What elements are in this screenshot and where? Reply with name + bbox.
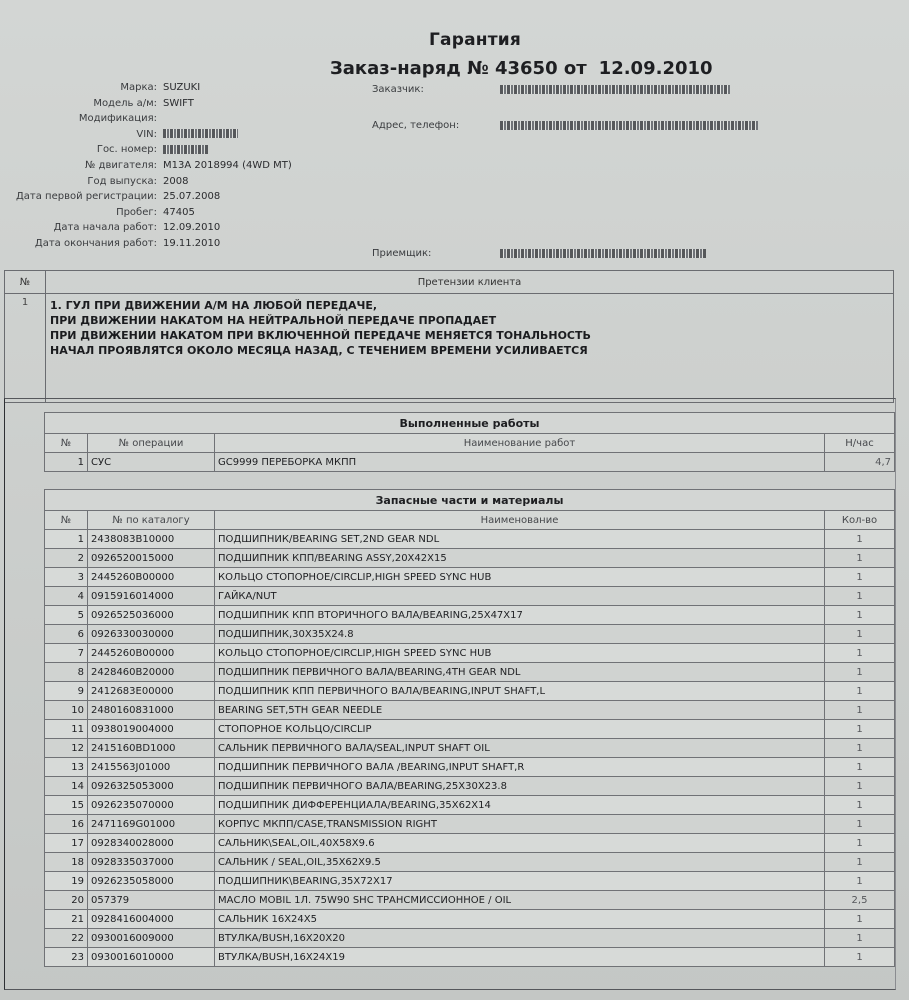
part-name: ВТУЛКА/BUSH,16X24X19 [215, 948, 825, 967]
part-qty: 1 [825, 568, 895, 587]
part-qty: 1 [825, 929, 895, 948]
part-qty: 1 [825, 644, 895, 663]
parts-row: 72445260B00000КОЛЬЦО СТОПОРНОЕ/CIRCLIP,H… [45, 644, 895, 663]
part-no: 14 [45, 777, 88, 796]
parts-row: 122415160BD1000САЛЬНИК ПЕРВИЧНОГО ВАЛА/S… [45, 739, 895, 758]
works-col-no: № [45, 434, 88, 453]
address-row: Адрес, телефон: [372, 120, 758, 131]
part-name: ПОДШИПНИК\BEARING,35X72X17 [215, 872, 825, 891]
vehicle-label: Год выпуска: [0, 174, 157, 190]
part-catalog-number: 2480160831000 [88, 701, 215, 720]
vehicle-label: Гос. номер: [0, 142, 157, 158]
part-name: ПОДШИПНИК/BEARING SET,2ND GEAR NDL [215, 530, 825, 549]
part-catalog-number: 0926235070000 [88, 796, 215, 815]
parts-row: 170928340028000САЛЬНИК\SEAL,OIL,40X58X9.… [45, 834, 895, 853]
part-name: САЛЬНИК 16X24X5 [215, 910, 825, 929]
order-date: 12.09.2010 [599, 58, 713, 79]
part-catalog-number: 2438083B10000 [88, 530, 215, 549]
parts-row: 132415563J01000ПОДШИПНИК ПЕРВИЧНОГО ВАЛА… [45, 758, 895, 777]
part-name: ПОДШИПНИК КПП ПЕРВИЧНОГО ВАЛА/BEARING,IN… [215, 682, 825, 701]
part-qty: 1 [825, 853, 895, 872]
claim-line: НАЧАЛ ПРОЯВЛЯТСЯ ОКОЛО МЕСЯЦА НАЗАД, С Т… [50, 343, 889, 358]
vehicle-label: Модель а/м: [0, 96, 157, 112]
part-qty: 1 [825, 606, 895, 625]
parts-table: Запасные части и материалы № № по катало… [44, 489, 895, 967]
part-name: ПОДШИПНИК КПП/BEARING ASSY,20X42X15 [215, 549, 825, 568]
work-op: СУС [88, 453, 215, 472]
parts-col-catalog: № по каталогу [88, 511, 215, 530]
part-catalog-number: 0926330030000 [88, 625, 215, 644]
part-qty: 1 [825, 701, 895, 720]
order-heading: Заказ-наряд № 43650 от12.09.2010 [330, 58, 713, 79]
part-qty: 1 [825, 530, 895, 549]
part-name: ПОДШИПНИК КПП ВТОРИЧНОГО ВАЛА/BEARING,25… [215, 606, 825, 625]
parts-row: 12438083B10000ПОДШИПНИК/BEARING SET,2ND … [45, 530, 895, 549]
claim-line: ПРИ ДВИЖЕНИИ НАКАТОМ ПРИ ВКЛЮЧЕННОЙ ПЕРЕ… [50, 328, 889, 343]
vehicle-value: 47405 [157, 205, 195, 221]
part-qty: 1 [825, 625, 895, 644]
part-qty: 1 [825, 796, 895, 815]
part-catalog-number: 0926520015000 [88, 549, 215, 568]
parts-row: 190926235058000ПОДШИПНИК\BEARING,35X72X1… [45, 872, 895, 891]
part-catalog-number: 2412683E00000 [88, 682, 215, 701]
part-no: 7 [45, 644, 88, 663]
part-qty: 1 [825, 834, 895, 853]
part-catalog-number: 0928340028000 [88, 834, 215, 853]
address-value-redacted [500, 121, 758, 130]
part-qty: 1 [825, 720, 895, 739]
vehicle-row: Марка:SUZUKI [0, 80, 360, 96]
part-catalog-number: 0930016009000 [88, 929, 215, 948]
parts-col-no: № [45, 511, 88, 530]
part-name: САЛЬНИК / SEAL,OIL,35X62X9.5 [215, 853, 825, 872]
parts-row: 180928335037000САЛЬНИК / SEAL,OIL,35X62X… [45, 853, 895, 872]
part-no: 8 [45, 663, 88, 682]
part-no: 16 [45, 815, 88, 834]
part-name: BEARING SET,5TH GEAR NEEDLE [215, 701, 825, 720]
works-section: Выполненные работы № № операции Наименов… [44, 412, 895, 472]
receiver-row: Приемщик: [372, 248, 706, 259]
part-no: 12 [45, 739, 88, 758]
vehicle-value: SUZUKI [157, 80, 200, 96]
part-no: 2 [45, 549, 88, 568]
part-qty: 2,5 [825, 891, 895, 910]
vehicle-row: Дата начала работ:12.09.2010 [0, 220, 360, 236]
part-name: ВТУЛКА/BUSH,16X20X20 [215, 929, 825, 948]
vehicle-value: 2008 [157, 174, 188, 190]
vehicle-row: Модель а/м:SWIFT [0, 96, 360, 112]
part-catalog-number: 2445260B00000 [88, 644, 215, 663]
claim-line: 1. ГУЛ ПРИ ДВИЖЕНИИ А/М НА ЛЮБОЙ ПЕРЕДАЧ… [50, 298, 889, 313]
parts-row: 40915916014000ГАЙКА/NUT1 [45, 587, 895, 606]
claims-table: № Претензии клиента 1 1. ГУЛ ПРИ ДВИЖЕНИ… [4, 270, 894, 403]
parts-row: 92412683E00000ПОДШИПНИК КПП ПЕРВИЧНОГО В… [45, 682, 895, 701]
document-title: Гарантия [0, 30, 909, 50]
part-catalog-number: 0928335037000 [88, 853, 215, 872]
part-catalog-number: 2415563J01000 [88, 758, 215, 777]
vehicle-info: Марка:SUZUKIМодель а/м:SWIFTМодификация:… [0, 80, 360, 252]
vehicle-label: VIN: [0, 127, 157, 143]
part-qty: 1 [825, 910, 895, 929]
part-qty: 1 [825, 663, 895, 682]
part-name: МАСЛО MOBIL 1Л. 75W90 SHC ТРАНСМИССИОННО… [215, 891, 825, 910]
customer-row: Заказчик: [372, 84, 730, 95]
part-qty: 1 [825, 549, 895, 568]
redacted-block [163, 145, 208, 154]
part-qty: 1 [825, 587, 895, 606]
parts-row: 162471169G01000КОРПУС МКПП/CASE,TRANSMIS… [45, 815, 895, 834]
works-row: 1 СУС GC9999 ПЕРЕБОРКА МКПП 4,7 [45, 453, 895, 472]
vehicle-value: 19.11.2010 [157, 236, 220, 252]
vehicle-value: SWIFT [157, 96, 194, 112]
works-col-hours: Н/час [825, 434, 895, 453]
part-catalog-number: 2471169G01000 [88, 815, 215, 834]
customer-label: Заказчик: [372, 84, 500, 95]
parts-row: 32445260B00000КОЛЬЦО СТОПОРНОЕ/CIRCLIP,H… [45, 568, 895, 587]
part-qty: 1 [825, 758, 895, 777]
vehicle-value [157, 111, 163, 127]
part-qty: 1 [825, 682, 895, 701]
parts-row: 150926235070000ПОДШИПНИК ДИФФЕРЕНЦИАЛА/B… [45, 796, 895, 815]
parts-row: 20057379МАСЛО MOBIL 1Л. 75W90 SHC ТРАНСМ… [45, 891, 895, 910]
part-name: КОЛЬЦО СТОПОРНОЕ/CIRCLIP,HIGH SPEED SYNC… [215, 644, 825, 663]
part-qty: 1 [825, 777, 895, 796]
work-hours: 4,7 [825, 453, 895, 472]
part-no: 13 [45, 758, 88, 777]
part-catalog-number: 0938019004000 [88, 720, 215, 739]
part-no: 21 [45, 910, 88, 929]
vehicle-label: Дата окончания работ: [0, 236, 157, 252]
vehicle-row: Пробег:47405 [0, 205, 360, 221]
part-no: 9 [45, 682, 88, 701]
part-no: 10 [45, 701, 88, 720]
parts-row: 110938019004000СТОПОРНОЕ КОЛЬЦО/CIRCLIP1 [45, 720, 895, 739]
part-name: ПОДШИПНИК,30X35X24.8 [215, 625, 825, 644]
claims-header: Претензии клиента [46, 271, 894, 294]
vehicle-row: Гос. номер: [0, 142, 360, 158]
vehicle-label: Пробег: [0, 205, 157, 221]
vehicle-label: Модификация: [0, 111, 157, 127]
part-no: 6 [45, 625, 88, 644]
parts-col-name: Наименование [215, 511, 825, 530]
part-name: САЛЬНИК\SEAL,OIL,40X58X9.6 [215, 834, 825, 853]
part-catalog-number: 2428460B20000 [88, 663, 215, 682]
vehicle-label: Дата первой регистрации: [0, 189, 157, 205]
part-catalog-number: 2415160BD1000 [88, 739, 215, 758]
part-name: ГАЙКА/NUT [215, 587, 825, 606]
part-no: 3 [45, 568, 88, 587]
work-name: GC9999 ПЕРЕБОРКА МКПП [215, 453, 825, 472]
part-catalog-number: 0915916014000 [88, 587, 215, 606]
part-qty: 1 [825, 948, 895, 967]
claim-line: ПРИ ДВИЖЕНИИ НАКАТОМ НА НЕЙТРАЛЬНОЙ ПЕРЕ… [50, 313, 889, 328]
part-name: ПОДШИПНИК ДИФФЕРЕНЦИАЛА/BEARING,35X62X14 [215, 796, 825, 815]
parts-row: 230930016010000ВТУЛКА/BUSH,16X24X191 [45, 948, 895, 967]
claim-number: 1 [5, 294, 46, 403]
work-no: 1 [45, 453, 88, 472]
part-name: КОЛЬЦО СТОПОРНОЕ/CIRCLIP,HIGH SPEED SYNC… [215, 568, 825, 587]
address-label: Адрес, телефон: [372, 120, 500, 131]
parts-row: 102480160831000BEARING SET,5TH GEAR NEED… [45, 701, 895, 720]
part-no: 19 [45, 872, 88, 891]
part-catalog-number: 057379 [88, 891, 215, 910]
part-name: ПОДШИПНИК ПЕРВИЧНОГО ВАЛА/BEARING,4TH GE… [215, 663, 825, 682]
claim-text: 1. ГУЛ ПРИ ДВИЖЕНИИ А/М НА ЛЮБОЙ ПЕРЕДАЧ… [46, 294, 894, 403]
vehicle-value: 25.07.2008 [157, 189, 220, 205]
parts-row: 50926525036000ПОДШИПНИК КПП ВТОРИЧНОГО В… [45, 606, 895, 625]
vehicle-row: Дата окончания работ:19.11.2010 [0, 236, 360, 252]
part-catalog-number: 0930016010000 [88, 948, 215, 967]
receiver-label: Приемщик: [372, 248, 500, 259]
parts-row: 220930016009000ВТУЛКА/BUSH,16X20X201 [45, 929, 895, 948]
works-table: Выполненные работы № № операции Наименов… [44, 412, 895, 472]
order-number: Заказ-наряд № 43650 от [330, 58, 587, 79]
parts-row: 82428460B20000ПОДШИПНИК ПЕРВИЧНОГО ВАЛА/… [45, 663, 895, 682]
works-title: Выполненные работы [45, 413, 895, 434]
part-no: 1 [45, 530, 88, 549]
vehicle-label: Дата начала работ: [0, 220, 157, 236]
part-no: 18 [45, 853, 88, 872]
part-no: 20 [45, 891, 88, 910]
part-catalog-number: 0926525036000 [88, 606, 215, 625]
vehicle-value: M13A 2018994 (4WD MT) [157, 158, 292, 174]
works-col-op: № операции [88, 434, 215, 453]
parts-row: 210928416004000САЛЬНИК 16X24X51 [45, 910, 895, 929]
parts-row: 60926330030000ПОДШИПНИК,30X35X24.81 [45, 625, 895, 644]
part-no: 11 [45, 720, 88, 739]
part-qty: 1 [825, 739, 895, 758]
vehicle-row: № двигателя:M13A 2018994 (4WD MT) [0, 158, 360, 174]
part-name: КОРПУС МКПП/CASE,TRANSMISSION RIGHT [215, 815, 825, 834]
parts-section: Запасные части и материалы № № по катало… [44, 489, 895, 967]
part-name: СТОПОРНОЕ КОЛЬЦО/CIRCLIP [215, 720, 825, 739]
part-qty: 1 [825, 815, 895, 834]
part-catalog-number: 2445260B00000 [88, 568, 215, 587]
parts-title: Запасные части и материалы [45, 490, 895, 511]
part-no: 4 [45, 587, 88, 606]
vehicle-row: VIN: [0, 127, 360, 143]
works-col-name: Наименование работ [215, 434, 825, 453]
vehicle-row: Дата первой регистрации:25.07.2008 [0, 189, 360, 205]
part-no: 17 [45, 834, 88, 853]
part-name: ПОДШИПНИК ПЕРВИЧНОГО ВАЛА /BEARING,INPUT… [215, 758, 825, 777]
vehicle-value-redacted [157, 127, 238, 143]
part-qty: 1 [825, 872, 895, 891]
vehicle-label: № двигателя: [0, 158, 157, 174]
part-catalog-number: 0926325053000 [88, 777, 215, 796]
part-no: 15 [45, 796, 88, 815]
parts-row: 140926325053000ПОДШИПНИК ПЕРВИЧНОГО ВАЛА… [45, 777, 895, 796]
part-no: 23 [45, 948, 88, 967]
part-no: 22 [45, 929, 88, 948]
vehicle-row: Год выпуска:2008 [0, 174, 360, 190]
customer-value-redacted [500, 85, 730, 94]
warranty-document: Гарантия Заказ-наряд № 43650 от12.09.201… [0, 0, 909, 1000]
parts-row: 20926520015000ПОДШИПНИК КПП/BEARING ASSY… [45, 549, 895, 568]
redacted-block [163, 129, 238, 138]
part-catalog-number: 0928416004000 [88, 910, 215, 929]
parts-col-qty: Кол-во [825, 511, 895, 530]
part-name: ПОДШИПНИК ПЕРВИЧНОГО ВАЛА/BEARING,25X30X… [215, 777, 825, 796]
vehicle-value: 12.09.2010 [157, 220, 220, 236]
vehicle-row: Модификация: [0, 111, 360, 127]
part-name: САЛЬНИК ПЕРВИЧНОГО ВАЛА/SEAL,INPUT SHAFT… [215, 739, 825, 758]
part-no: 5 [45, 606, 88, 625]
part-catalog-number: 0926235058000 [88, 872, 215, 891]
claims-col-no: № [5, 271, 46, 294]
vehicle-value-redacted [157, 142, 208, 158]
receiver-value-redacted [500, 249, 706, 258]
vehicle-label: Марка: [0, 80, 157, 96]
